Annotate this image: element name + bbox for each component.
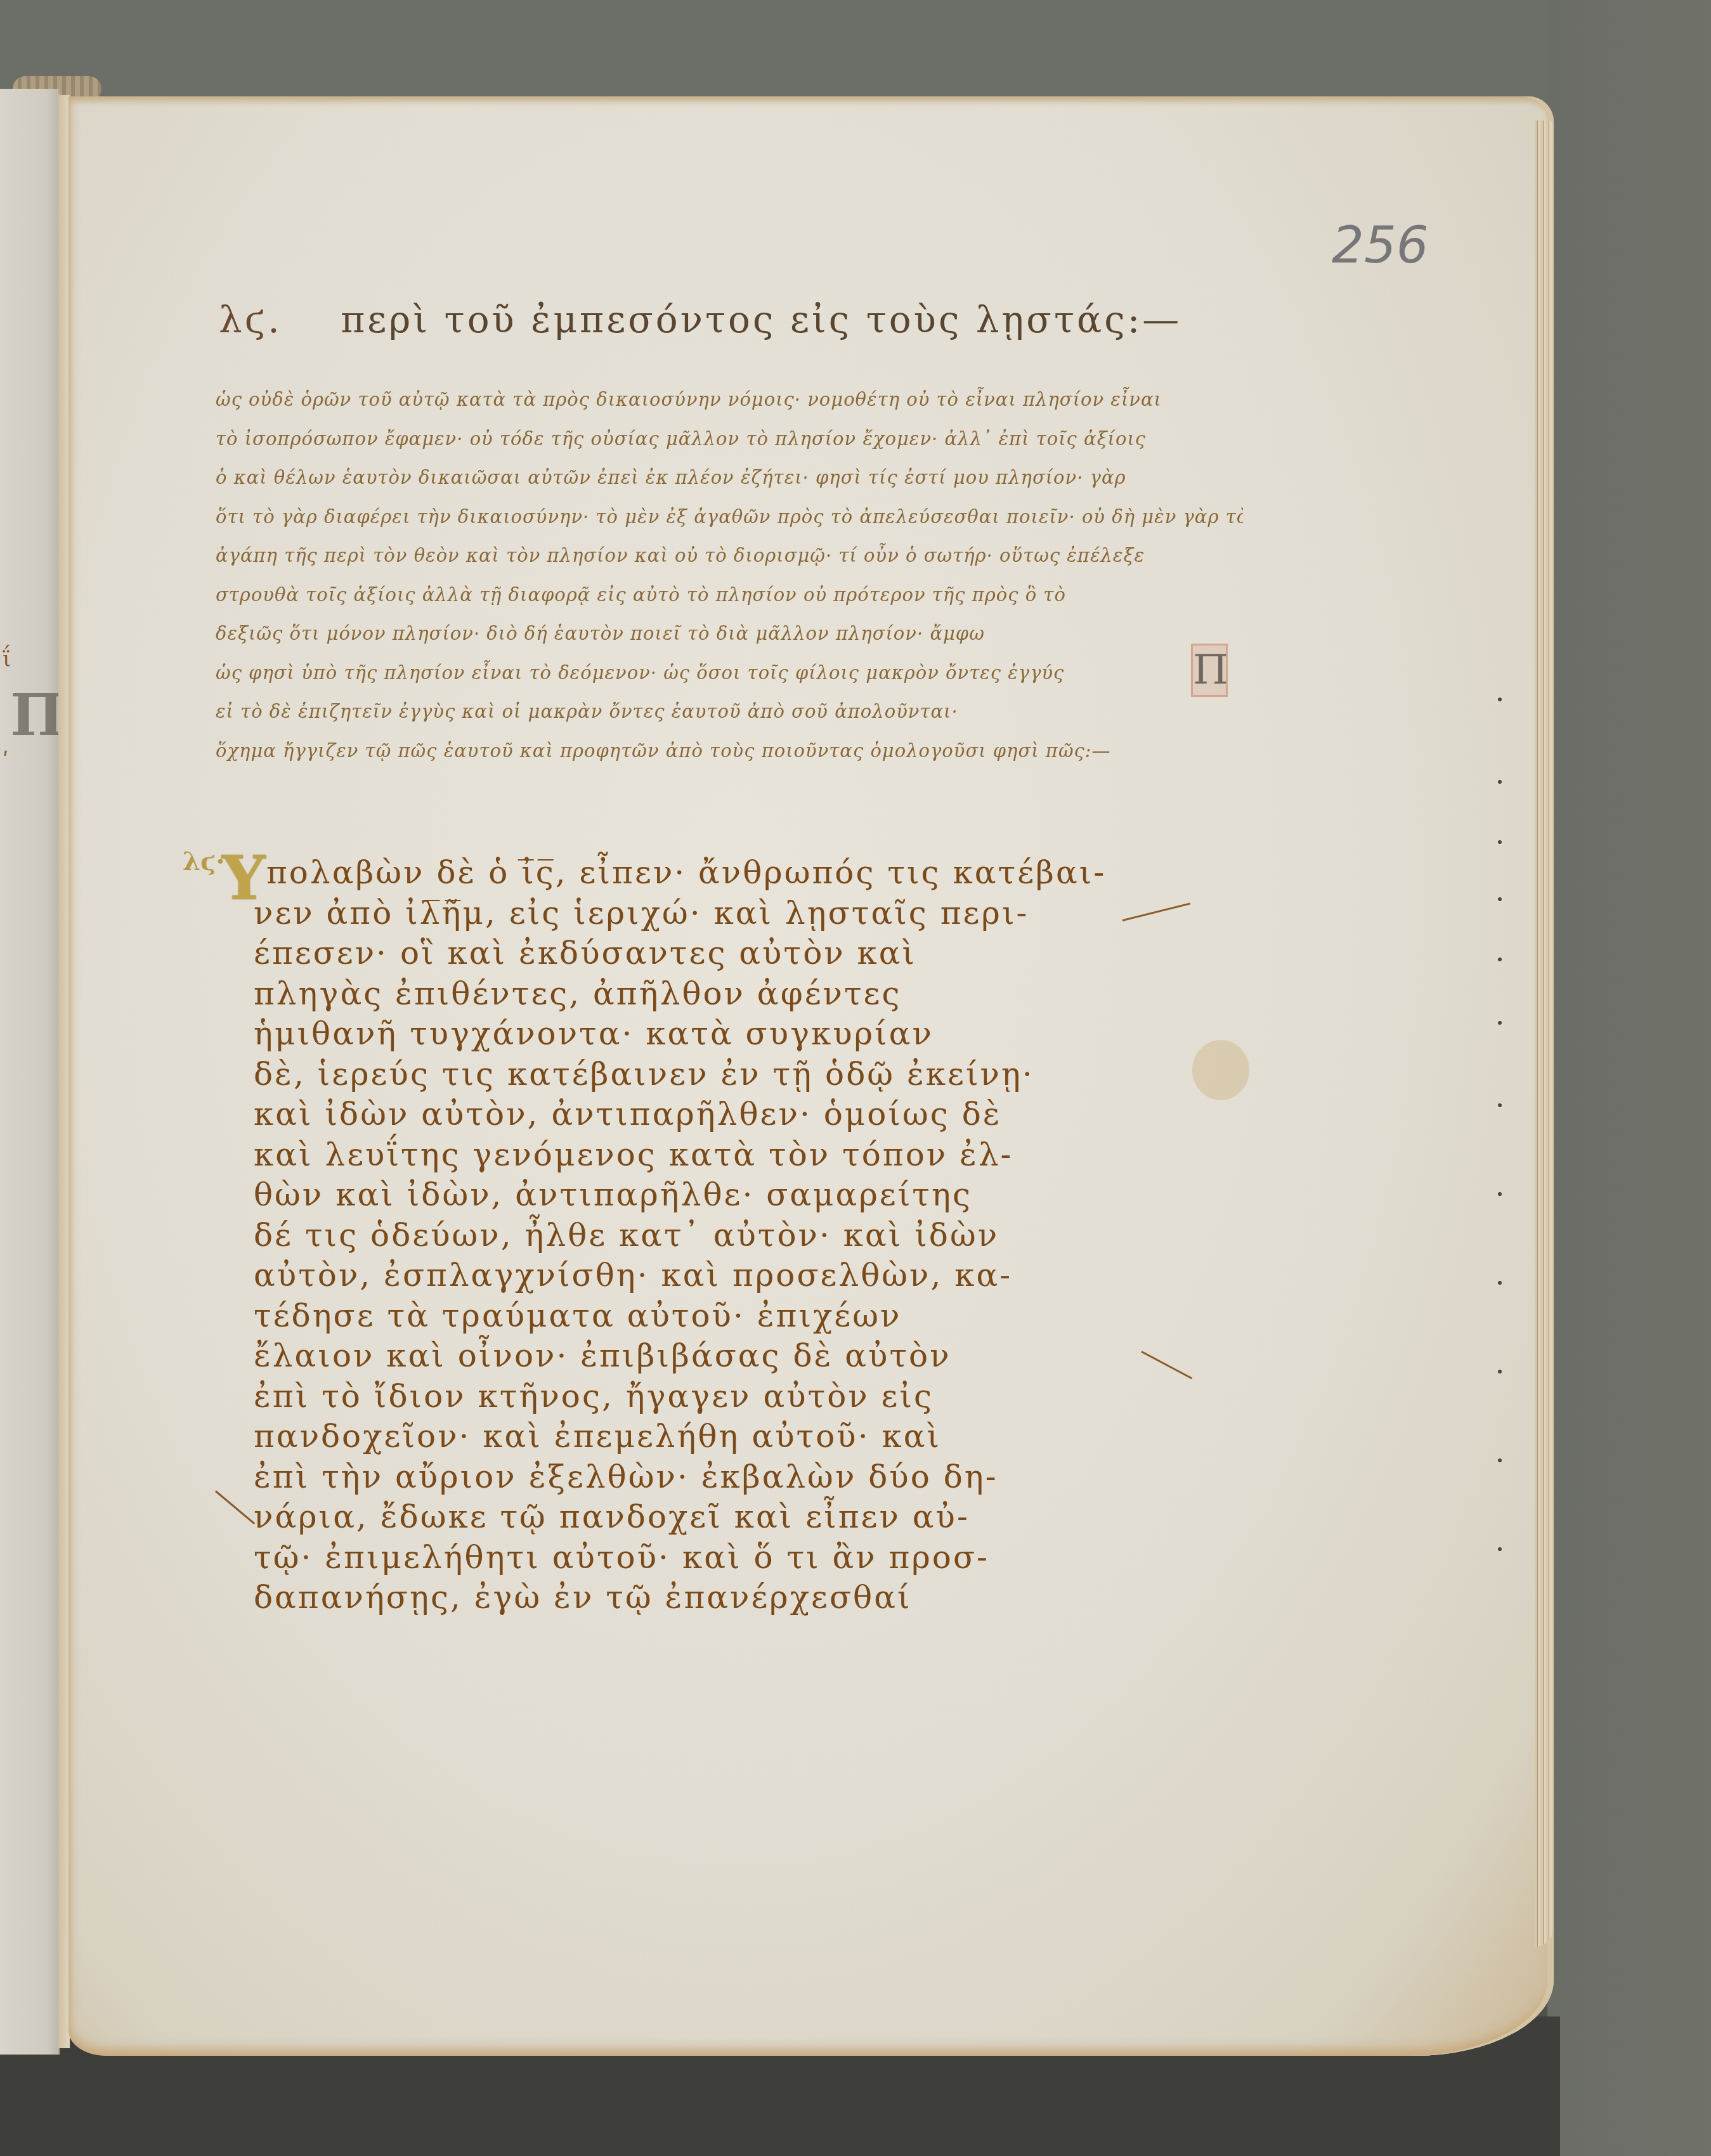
folio-number: 256 [1332,216,1429,275]
lection-line: καὶ λευΐτης γενόμενος κατὰ τὸν τόπον ἐλ- [254,1135,1142,1176]
verso-initial: Π [10,685,38,746]
page-fore-edge [1535,120,1554,1947]
commentary-line: τὸ ἰσοπρόσωπον ἔφαμεν· οὐ τόδε τῆς οὐσία… [216,420,1243,459]
pricking-holes [1498,698,1506,1649]
commentary-block: ὡς οὐδὲ ὁρῶν τοῦ αὐτῷ κατὰ τὰ πρὸς δικαι… [216,380,1243,770]
chapter-number: λϛ. [219,298,282,341]
parchment-stain [1192,1040,1249,1100]
lection-line: τῷ· ἐπιμελήθητι αὐτοῦ· καὶ ὅ τι ἂν προσ- [254,1538,1142,1578]
lection-line: ἐπὶ τὸ ἴδιον κτῆνος, ἤγαγεν αὐτὸν εἰς [254,1377,1142,1417]
lection-text-block: πολαβὼν δὲ ὁ ἰ̅ς̅, εἶπεν· ἄνθρωπός τις κ… [254,853,1142,1618]
lection-line: νεν ἀπὸ ἰλ̅ῆ̅μ, εἰς ἱεριχώ· καὶ λῃσταῖς … [254,893,1142,934]
lection-line: ἔλαιον καὶ οἶνον· ἐπιβιβάσας δὲ αὐτὸν [254,1336,1142,1377]
commentary-line: ὡς οὐδὲ ὁρῶν τοῦ αὐτῷ κατὰ τὰ πρὸς δικαι… [216,380,1243,420]
lection-line: δέ τις ὁδεύων, ἦλθε κατ᾿ αὐτὸν· καὶ ἰδὼν [254,1216,1142,1256]
lection-line: νάρια, ἔδωκε τῷ πανδοχεῖ καὶ εἶπεν αὐ- [254,1497,1142,1538]
lection-line: ἐπὶ τὴν αὔριον ἐξελθὼν· ἐκβαλὼν δύο δη- [254,1457,1142,1498]
lection-line: αὐτὸν, ἐσπλαγχνίσθη· καὶ προσελθὼν, κα- [254,1256,1142,1296]
chapter-title-text: περὶ τοῦ ἐμπεσόντος εἰς τοὺς λῃστάς:— [341,298,1181,341]
commentary-line: ὁ καὶ θέλων ἑαυτὸν δικαιῶσαι αὐτῶν ἐπεὶ … [216,458,1243,498]
lection-line: δαπανήσῃς, ἐγὼ ἐν τῷ ἐπανέρχεσθαί [254,1578,1142,1618]
commentary-line: στρουθὰ τοῖς ἀξίοις ἀλλὰ τῇ διαφορᾷ εἰς … [216,576,1243,615]
lection-line: ἡμιθανῆ τυγχάνοντα· κατὰ συγκυρίαν [254,1014,1142,1055]
lection-line: έπεσεν· οἳ καὶ ἐκδύσαντες αὐτὸν καὶ [254,933,1142,974]
verso-margin-mark: ΐ [3,647,11,672]
commentary-line: δεξιῶς ὅτι μόνον πλησίον· διὸ δή ἑαυτὸν … [216,614,1243,654]
commentary-line: ὅτι τὸ γὰρ διαφέρει τὴν δικαιοσύνην· τὸ … [216,498,1243,537]
margin-rubric-initial: Π [1191,644,1228,697]
commentary-line: ὅχημα ἤγγιζεν τῷ πῶς ἑαυτοῦ καὶ προφητῶν… [216,732,1243,771]
lection-line: πανδοχεῖον· καὶ ἐπεμελήθη αὐτοῦ· καὶ [254,1417,1142,1457]
commentary-line: εἰ τὸ δὲ ἐπιζητεῖν ἐγγὺς καὶ οἱ μακρὰν ὄ… [216,692,1243,732]
lection-line: δὲ, ἱερεύς τις κατέβαινεν ἐν τῇ ὁδῷ ἐκεί… [254,1055,1142,1095]
lection-section-number: λϛ· [183,847,224,876]
lection-line: τέδησε τὰ τραύματα αὐτοῦ· ἐπιχέων [254,1296,1142,1337]
verso-margin-mark: ʹ [3,748,8,774]
chapter-title: λϛ. περὶ τοῦ ἐμπεσόντος εἰς τοὺς λῃστάς:… [219,298,1170,341]
lection-line: θὼν καὶ ἰδὼν, ἀντιπαρῆλθε· σαμαρείτης [254,1175,1142,1216]
lection-line: πληγὰς ἐπιθέντες, ἀπῆλθον ἀφέντες [254,974,1142,1015]
lection-line: καὶ ἰδὼν αὐτὸν, ἀντιπαρῆλθεν· ὁμοίως δὲ [254,1094,1142,1135]
lection-line: πολαβὼν δὲ ὁ ἰ̅ς̅, εἶπεν· ἄνθρωπός τις κ… [266,853,1142,893]
background-right [1547,0,1711,2156]
verso-page-edge: Π ΐ ʹ [0,89,60,2055]
commentary-line: ἀγάπη τῆς περὶ τὸν θεὸν καὶ τὸν πλησίον … [216,536,1243,576]
commentary-line: ὡς φησὶ ὑπὸ τῆς πλησίον εἶναι τὸ δεόμενο… [216,654,1243,693]
